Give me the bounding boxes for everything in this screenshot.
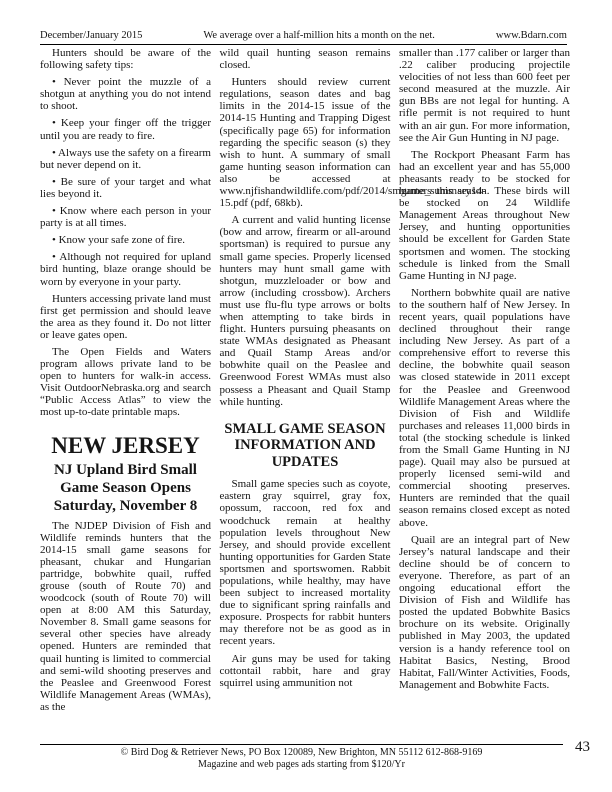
license-paragraph: A current and valid hunting license (bow… [220,214,391,408]
bullet-icon: • [52,117,56,129]
magazine-page: December/January 2015 We average over a … [0,0,612,792]
bullet-icon: • [52,205,56,217]
header-issue-date: December/January 2015 [40,30,142,42]
article-heading-line: Game Season Opens [40,479,211,497]
bullet-text: Be sure of your target and what lies bey… [40,176,211,200]
continuation-paragraph: wild quail hunting season remains closed… [220,47,391,71]
open-fields-paragraph: The Open Fields and Waters program allow… [40,346,211,419]
safety-bullet-item: • Always use the safety on a firearm but… [40,147,211,171]
column-1: Hunters should be aware of the following… [40,47,211,739]
bullet-icon: • [52,147,56,159]
bullet-text: Know your safe zone of fire. [59,234,185,246]
safety-bullet-item: • Never point the muzzle of a shotgun at… [40,76,211,112]
section-heading: SMALL GAME SEASON INFORMATION AND UPDATE… [220,421,391,471]
airguns-paragraph: Air guns may be used for taking cottonta… [220,653,391,689]
njdep-paragraph: The NJDEP Division of Fish and Wildlife … [40,520,211,714]
section-heading-line: UPDATES [220,454,391,471]
bullet-text: Never point the muzzle of a shotgun at a… [40,76,211,112]
bullet-text: Although not required for upland bird hu… [40,251,211,287]
bobwhite-paragraph: Northern bobwhite quail are native to th… [399,287,570,529]
footer-ads-line: Magazine and web pages ads starting from… [40,759,563,771]
quail-value-paragraph: Quail are an integral part of New Jersey… [399,534,570,691]
column-3: smaller than .177 caliber or larger than… [399,47,570,739]
article-columns: Hunters should be aware of the following… [40,47,570,739]
state-heading: NEW JERSEY [40,433,211,458]
rockport-paragraph: The Rockport Pheasant Farm has had an ex… [399,149,570,282]
species-paragraph: Small game species such as coyote, easte… [220,478,391,647]
safety-bullet-item: • Keep your finger off the trigger until… [40,117,211,141]
bullet-text: Always use the safety on a firearm but n… [40,147,211,171]
bullet-text: Keep your finger off the trigger until y… [40,117,211,141]
bullet-icon: • [52,251,56,263]
safety-bullet-item: • Know your safe zone of fire. [40,234,211,246]
footer-publisher-line: © Bird Dog & Retriever News, PO Box 1200… [40,747,563,759]
regulations-paragraph: Hunters should review current regulation… [220,76,391,209]
header-tagline: We average over a half-million hits a mo… [203,30,435,42]
section-heading-line: INFORMATION AND [220,437,391,454]
bullet-icon: • [52,76,56,88]
section-heading-line: SMALL GAME SEASON [220,421,391,438]
continuation-paragraph: smaller than .177 caliber or larger than… [399,47,570,144]
safety-bullet-item: • Be sure of your target and what lies b… [40,176,211,200]
private-land-paragraph: Hunters accessing private land must firs… [40,293,211,341]
article-heading-line: NJ Upland Bird Small [40,461,211,479]
header-website: www.Bdarn.com [496,30,567,42]
bullet-icon: • [52,176,56,188]
safety-bullet-item: • Know where each person in your party i… [40,205,211,229]
safety-bullet-item: • Although not required for upland bird … [40,251,211,287]
page-header: December/January 2015 We average over a … [40,30,567,45]
column-2: wild quail hunting season remains closed… [220,47,391,739]
page-number: 43 [575,739,590,755]
bullet-icon: • [52,234,56,246]
article-heading: NJ Upland Bird Small Game Season Opens S… [40,461,211,515]
page-footer: © Bird Dog & Retriever News, PO Box 1200… [40,744,563,771]
article-heading-line: Saturday, November 8 [40,497,211,515]
safety-intro-paragraph: Hunters should be aware of the following… [40,47,211,71]
bullet-text: Know where each person in your party is … [40,205,211,229]
